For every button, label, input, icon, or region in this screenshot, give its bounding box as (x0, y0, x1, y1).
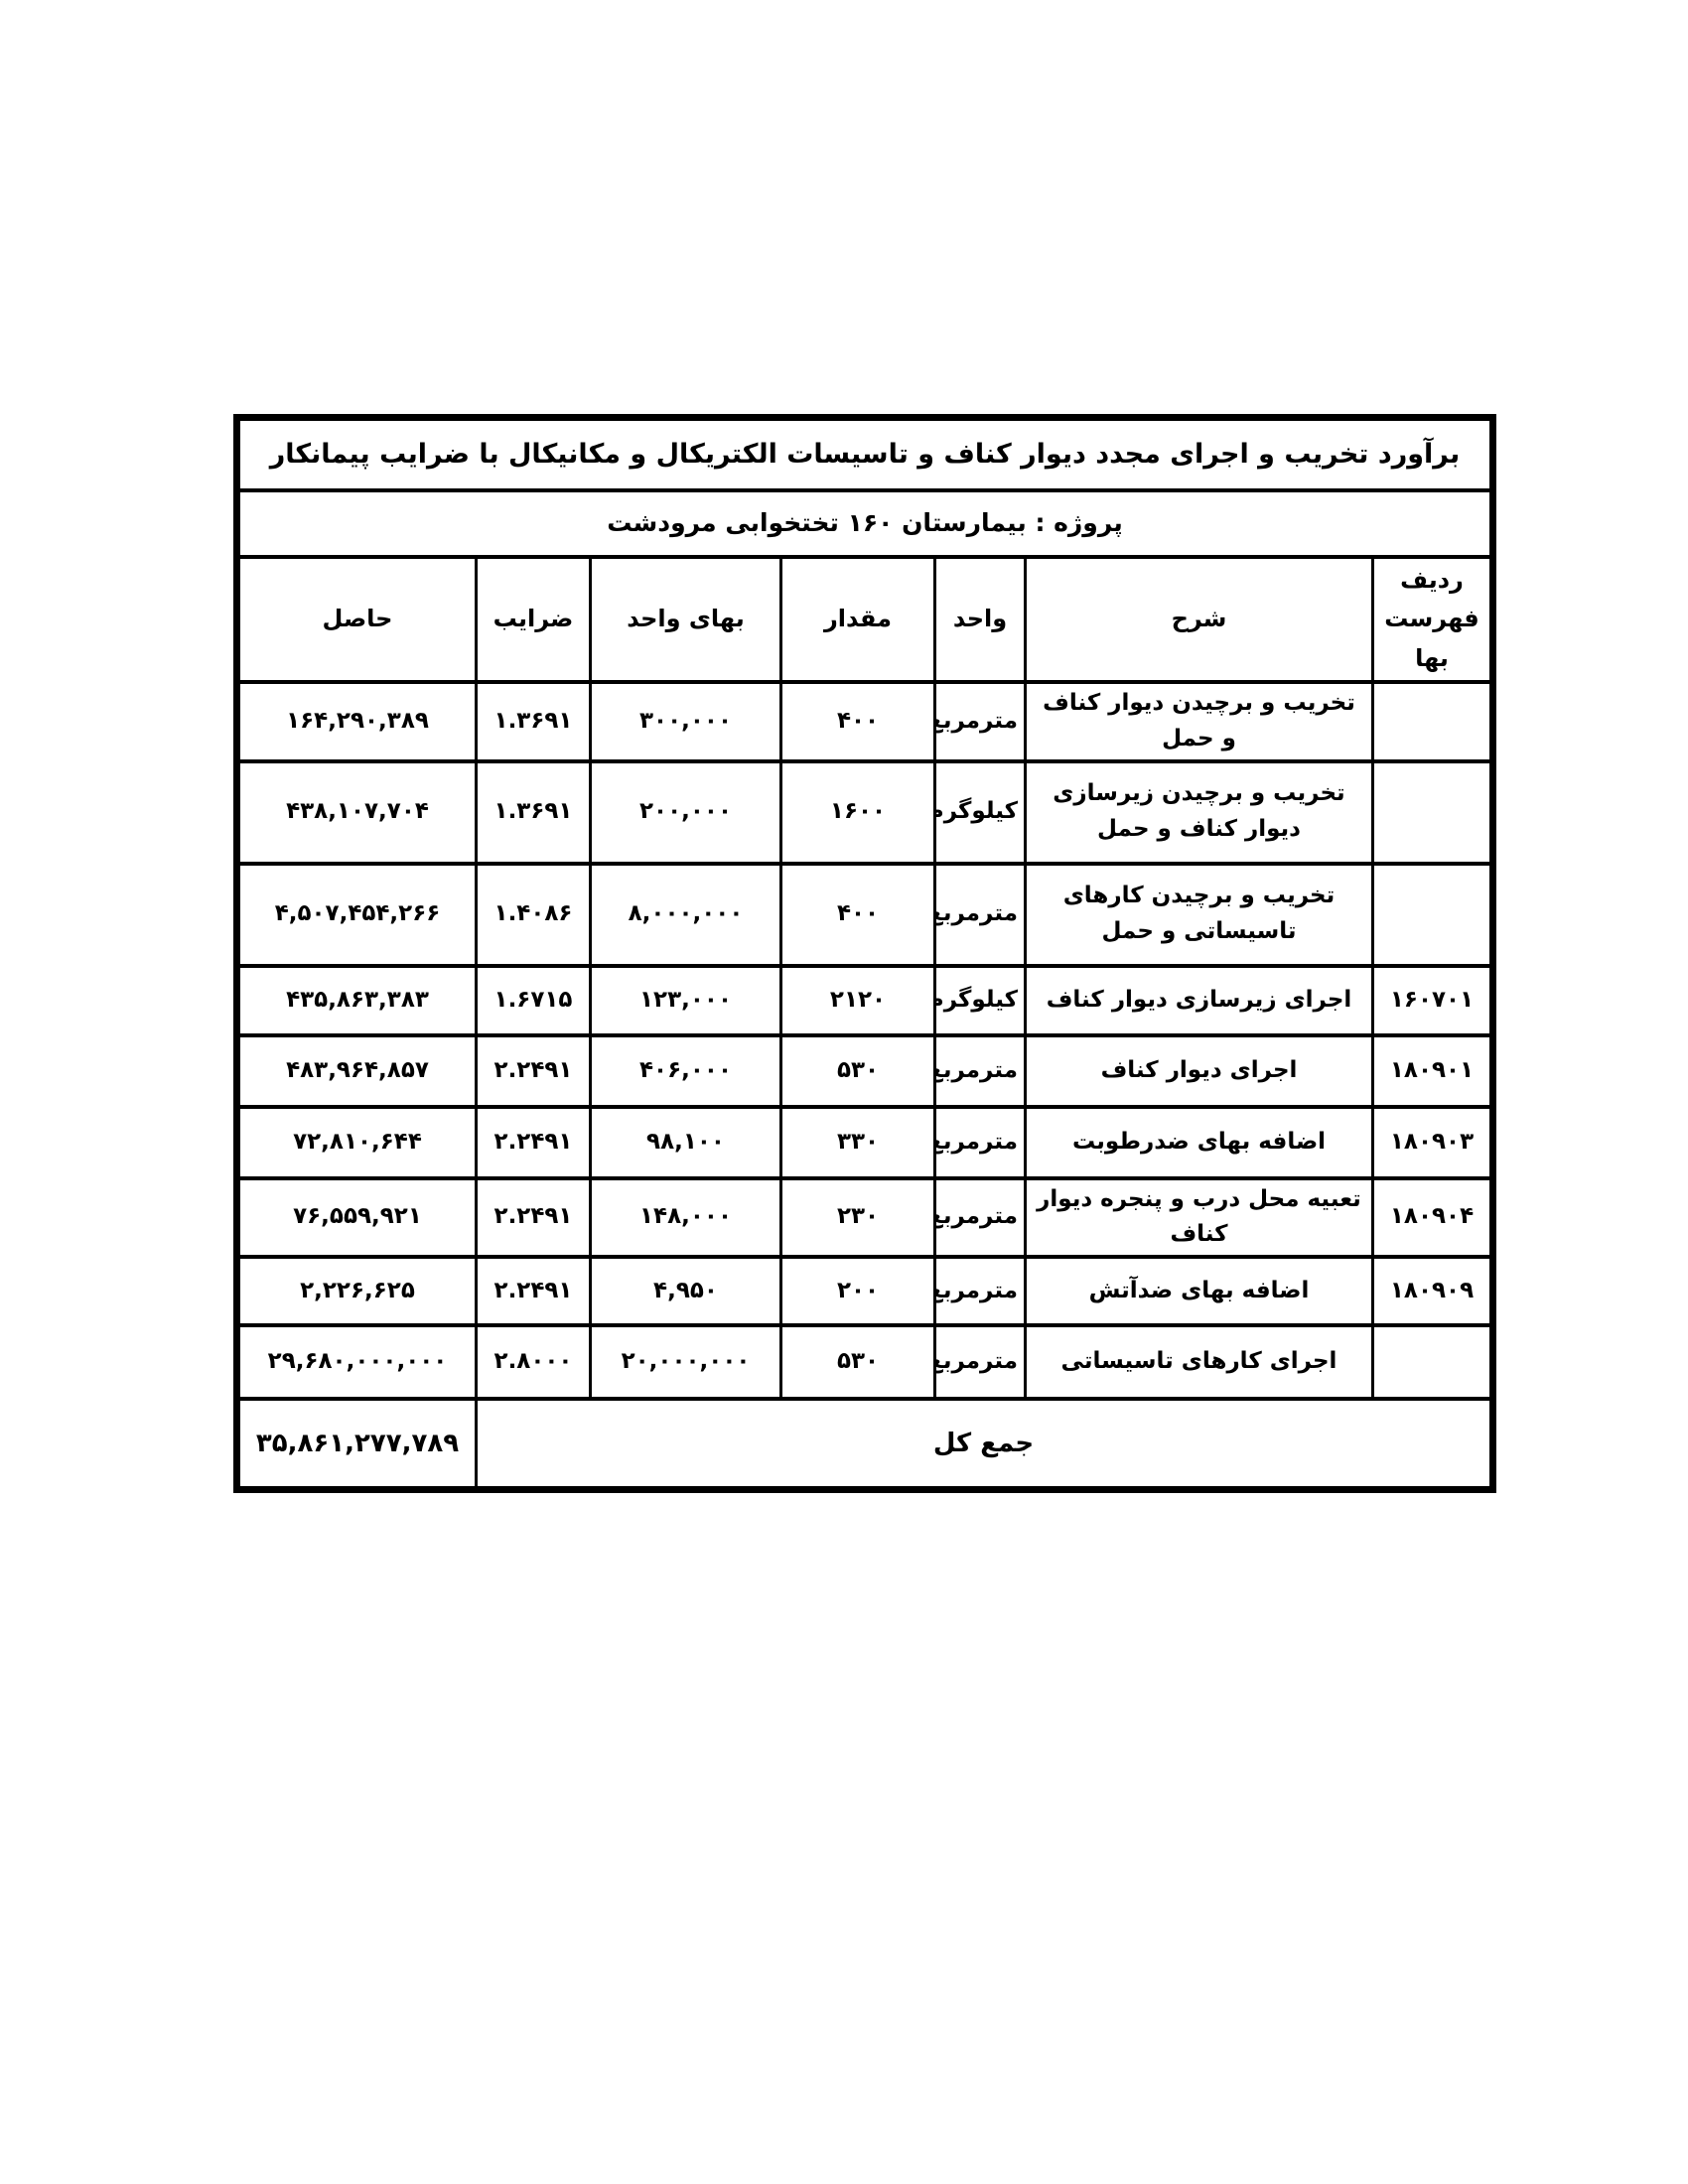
cell-row-no: ۱۸۰۹۰۹ (1373, 1257, 1493, 1325)
cell-quantity: ۴۰۰ (781, 864, 935, 966)
header-row-no-line1: ردیف (1380, 561, 1483, 601)
cell-coefficient: ۱.۳۶۹۱ (477, 682, 591, 760)
cell-unit-price: ۱۴۸,۰۰۰ (591, 1178, 781, 1257)
cell-coefficient: ۱.۶۷۱۵ (477, 966, 591, 1035)
cell-coefficient: ۲.۸۰۰۰ (477, 1325, 591, 1399)
header-cell-unit: واحد (935, 557, 1026, 683)
header-cell-description: شرح (1026, 557, 1373, 683)
total-label: جمع کل (477, 1399, 1493, 1490)
table-row: ۱۸۰۹۰۱ اجرای دیوار کناف مترمربع ۵۳۰ ۴۰۶,… (236, 1035, 1492, 1107)
cell-description: تخریب و برچیدن دیوار کناف و حمل (1026, 682, 1373, 760)
cell-row-no: ۱۸۰۹۰۳ (1373, 1107, 1493, 1178)
cell-description: تخریب و برچیدن زیرسازی دیوار کناف و حمل (1026, 761, 1373, 864)
cell-result: ۲۹,۶۸۰,۰۰۰,۰۰۰ (236, 1325, 476, 1399)
cell-row-no (1373, 682, 1493, 760)
table-row: تخریب و برچیدن زیرسازی دیوار کناف و حمل … (236, 761, 1492, 864)
cell-coefficient: ۲.۲۴۹۱ (477, 1257, 591, 1325)
cell-unit: مترمربع (935, 864, 1026, 966)
cell-coefficient: ۲.۲۴۹۱ (477, 1107, 591, 1178)
project-subtitle: پروژه : بیمارستان ۱۶۰ تختخوابی مرودشت (236, 490, 1492, 557)
cell-quantity: ۳۳۰ (781, 1107, 935, 1178)
header-cell-result: حاصل (236, 557, 476, 683)
cell-unit-price: ۸,۰۰۰,۰۰۰ (591, 864, 781, 966)
cell-quantity: ۲۳۰ (781, 1178, 935, 1257)
document-title: برآورد تخریب و اجرای مجدد دیوار کناف و ت… (236, 418, 1492, 490)
cell-unit-price: ۹۸,۱۰۰ (591, 1107, 781, 1178)
cell-row-no (1373, 864, 1493, 966)
cell-unit-price: ۲۰,۰۰۰,۰۰۰ (591, 1325, 781, 1399)
estimate-table: برآورد تخریب و اجرای مجدد دیوار کناف و ت… (233, 414, 1496, 1493)
cell-row-no (1373, 1325, 1493, 1399)
cell-unit: مترمربع (935, 1257, 1026, 1325)
cell-unit-price: ۳۰۰,۰۰۰ (591, 682, 781, 760)
table-row: برآورد تخریب و اجرای مجدد دیوار کناف و ت… (236, 418, 1492, 490)
table-row: ۱۸۰۹۰۳ اضافه بهای ضدرطوبت مترمربع ۳۳۰ ۹۸… (236, 1107, 1492, 1178)
cell-result: ۷۶,۵۵۹,۹۲۱ (236, 1178, 476, 1257)
cell-coefficient: ۲.۲۴۹۱ (477, 1035, 591, 1107)
table-row: اجرای کارهای تاسیساتی مترمربع ۵۳۰ ۲۰,۰۰۰… (236, 1325, 1492, 1399)
header-cell-quantity: مقدار (781, 557, 935, 683)
table-row: تخریب و برچیدن کارهای تاسیساتی و حمل متر… (236, 864, 1492, 966)
cell-description: تعبیه محل درب و پنجره دیوار کناف (1026, 1178, 1373, 1257)
cell-unit: کیلوگرم (935, 966, 1026, 1035)
document-page: برآورد تخریب و اجرای مجدد دیوار کناف و ت… (0, 0, 1688, 2184)
table-row: تخریب و برچیدن دیوار کناف و حمل مترمربع … (236, 682, 1492, 760)
cell-description: اجرای زیرسازی دیوار کناف (1026, 966, 1373, 1035)
cell-result: ۱۶۴,۲۹۰,۳۸۹ (236, 682, 476, 760)
cell-quantity: ۲۱۲۰ (781, 966, 935, 1035)
cell-quantity: ۱۶۰۰ (781, 761, 935, 864)
cell-row-no (1373, 761, 1493, 864)
cell-coefficient: ۱.۳۶۹۱ (477, 761, 591, 864)
cell-unit: مترمربع (935, 682, 1026, 760)
cell-description: اضافه بهای ضدآتش (1026, 1257, 1373, 1325)
cell-unit: کیلوگرم (935, 761, 1026, 864)
header-row-no-line2: فهرست بها (1380, 600, 1483, 678)
cell-result: ۲,۲۲۶,۶۲۵ (236, 1257, 476, 1325)
cell-coefficient: ۱.۴۰۸۶ (477, 864, 591, 966)
cell-unit: مترمربع (935, 1035, 1026, 1107)
table-row: ۱۸۰۹۰۴ تعبیه محل درب و پنجره دیوار کناف … (236, 1178, 1492, 1257)
cell-unit: مترمربع (935, 1325, 1026, 1399)
cell-description: اضافه بهای ضدرطوبت (1026, 1107, 1373, 1178)
cell-result: ۷۲,۸۱۰,۶۴۴ (236, 1107, 476, 1178)
cell-quantity: ۵۳۰ (781, 1035, 935, 1107)
cell-quantity: ۴۰۰ (781, 682, 935, 760)
cell-row-no: ۱۸۰۹۰۴ (1373, 1178, 1493, 1257)
cell-result: ۴۸۳,۹۶۴,۸۵۷ (236, 1035, 476, 1107)
cell-unit-price: ۱۲۳,۰۰۰ (591, 966, 781, 1035)
cell-quantity: ۵۳۰ (781, 1325, 935, 1399)
cell-result: ۴,۵۰۷,۴۵۴,۲۶۶ (236, 864, 476, 966)
cell-unit-price: ۴,۹۵۰ (591, 1257, 781, 1325)
header-cell-unit-price: بهای واحد (591, 557, 781, 683)
cell-row-no: ۱۶۰۷۰۱ (1373, 966, 1493, 1035)
total-value: ۳۵,۸۶۱,۲۷۷,۷۸۹ (236, 1399, 476, 1490)
table-row: ۱۸۰۹۰۹ اضافه بهای ضدآتش مترمربع ۲۰۰ ۴,۹۵… (236, 1257, 1492, 1325)
cell-unit-price: ۴۰۶,۰۰۰ (591, 1035, 781, 1107)
cell-result: ۴۳۵,۸۶۳,۳۸۳ (236, 966, 476, 1035)
cell-coefficient: ۲.۲۴۹۱ (477, 1178, 591, 1257)
cell-result: ۴۳۸,۱۰۷,۷۰۴ (236, 761, 476, 864)
cell-unit-price: ۲۰۰,۰۰۰ (591, 761, 781, 864)
header-cell-row-no: ردیف فهرست بها (1373, 557, 1493, 683)
cell-description: اجرای کارهای تاسیساتی (1026, 1325, 1373, 1399)
total-row: جمع کل ۳۵,۸۶۱,۲۷۷,۷۸۹ (236, 1399, 1492, 1490)
table-row: پروژه : بیمارستان ۱۶۰ تختخوابی مرودشت (236, 490, 1492, 557)
table-row: ۱۶۰۷۰۱ اجرای زیرسازی دیوار کناف کیلوگرم … (236, 966, 1492, 1035)
cell-unit: مترمربع (935, 1178, 1026, 1257)
cell-quantity: ۲۰۰ (781, 1257, 935, 1325)
cell-description: تخریب و برچیدن کارهای تاسیساتی و حمل (1026, 864, 1373, 966)
cell-unit: مترمربع (935, 1107, 1026, 1178)
table-header-row: ردیف فهرست بها شرح واحد مقدار بهای واحد … (236, 557, 1492, 683)
header-cell-coefficient: ضرایب (477, 557, 591, 683)
cell-description: اجرای دیوار کناف (1026, 1035, 1373, 1107)
cell-row-no: ۱۸۰۹۰۱ (1373, 1035, 1493, 1107)
